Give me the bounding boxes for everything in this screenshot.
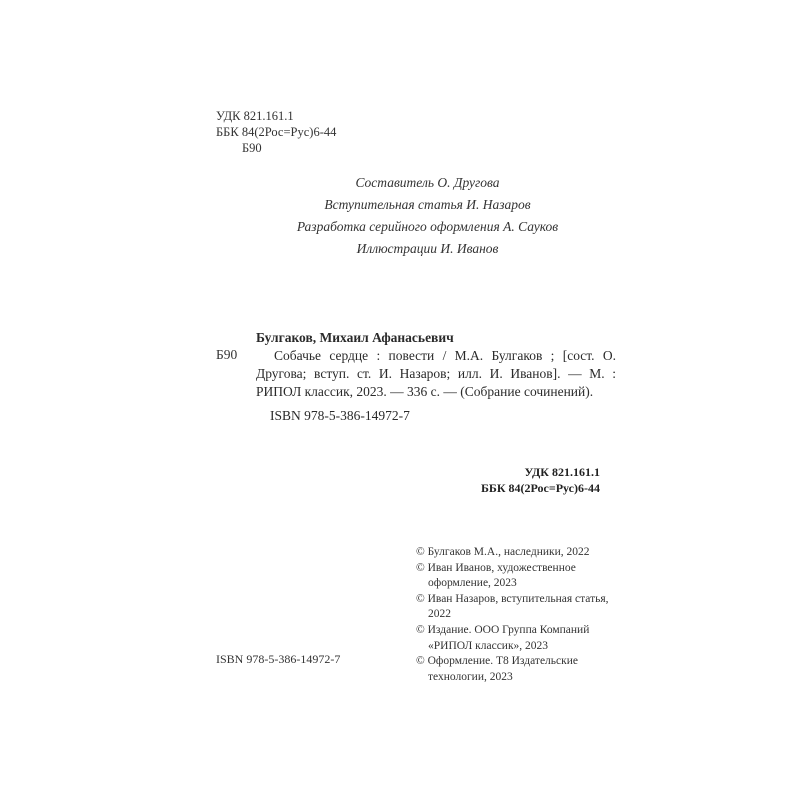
credit-series-design: Разработка серийного оформления А. Сауко…: [250, 216, 605, 238]
copyright-block: © Булгаков М.А., наследники, 2022 © Иван…: [416, 545, 616, 685]
classification-codes: УДК 821.161.1 ББК 84(2Рос=Рус)6-44 Б90: [216, 108, 336, 156]
author-mark: Б90: [216, 140, 336, 156]
copyright-item: © Булгаков М.А., наследники, 2022: [416, 545, 616, 561]
catalog-author: Булгаков, Михаил Афанасьевич: [256, 329, 616, 347]
catalog-description: Собачье сердце : повести / М.А. Булгаков…: [256, 347, 616, 401]
catalog-author-mark: Б90: [216, 347, 237, 363]
copyright-item: © Иван Иванов, художественное оформление…: [416, 561, 616, 592]
udk-code: УДК 821.161.1: [216, 108, 336, 124]
copyright-item: © Оформление. T8 Издательские технологии…: [416, 654, 616, 685]
credit-illustrations: Иллюстрации И. Иванов: [250, 238, 605, 260]
udk-code-right: УДК 821.161.1: [420, 464, 600, 480]
copyright-item: © Издание. ООО Группа Компаний «РИПОЛ кл…: [416, 623, 616, 654]
credit-compiler: Составитель О. Другова: [250, 172, 605, 194]
bbk-code: ББК 84(2Рос=Рус)6-44: [216, 124, 336, 140]
credit-intro: Вступительная статья И. Назаров: [250, 194, 605, 216]
credits-block: Составитель О. Другова Вступительная ста…: [250, 172, 605, 260]
copyright-item: © Иван Назаров, вступительная статья, 20…: [416, 592, 616, 623]
isbn-bottom: ISBN 978-5-386-14972-7: [216, 652, 340, 667]
bbk-code-right: ББК 84(2Рос=Рус)6-44: [420, 480, 600, 496]
catalog-isbn: ISBN 978-5-386-14972-7: [256, 407, 616, 425]
catalog-entry: Булгаков, Михаил Афанасьевич Собачье сер…: [256, 329, 616, 425]
classification-codes-right: УДК 821.161.1 ББК 84(2Рос=Рус)6-44: [420, 464, 600, 496]
